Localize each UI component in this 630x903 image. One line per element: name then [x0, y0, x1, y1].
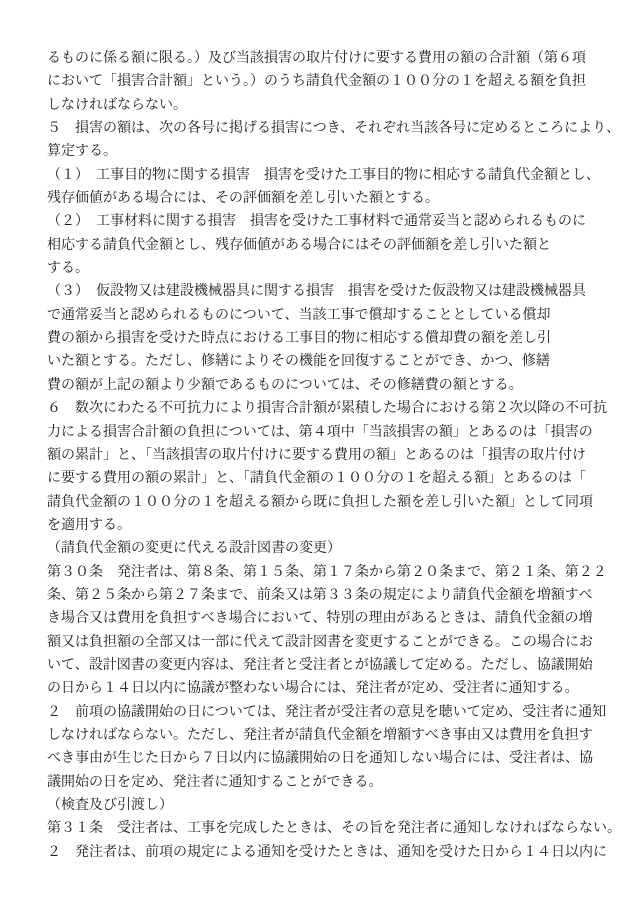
text-line: ２ 発注者は、前項の規定による通知を受けたときは、通知を受けた日から１４日以内に	[47, 841, 625, 864]
text-line: 費の額が上記の額より少額であるものについては、その修繕費の額とする。	[47, 374, 625, 397]
text-line: を適用する。	[47, 514, 625, 537]
text-line: する。	[47, 257, 625, 280]
text-line: き場合又は費用を負担すべき場合において、特別の理由があるときは、請負代金額の増	[47, 607, 625, 630]
text-line: 請負代金額の１００分の１を超える額から既に負担した額を差し引いた額」として同項	[47, 491, 625, 514]
text-line: いて、設計図書の変更内容は、発注者と受注者とが協議して定める。ただし、協議開始	[47, 654, 625, 677]
text-line: 額の累計」と、「当該損害の取片付けに要する費用の額」とあるのは「損害の取片付け	[47, 444, 625, 467]
text-line: において「損害合計額」という。）のうち請負代金額の１００分の１を超える額を負担	[47, 70, 625, 93]
text-line: ２ 前項の協議開始の日については、発注者が受注者の意見を聴いて定め、受注者に通知	[47, 701, 625, 724]
text-line: ５ 損害の額は、次の各号に掲げる損害につき、それぞれ当該各号に定めるところにより…	[47, 117, 625, 140]
text-line: （検査及び引渡し）	[47, 794, 625, 817]
text-line: 相応する請負代金額とし、残存価値がある場合にはその評価額を差し引いた額と	[47, 234, 625, 257]
document-page: るものに係る額に限る。）及び当該損害の取片付けに要する費用の額の合計額（第６項 …	[0, 0, 630, 903]
text-line: に要する費用の額の累計」と、「請負代金額の１００分の１を超える額」とあるのは「	[47, 467, 625, 490]
contract-text-block: るものに係る額に限る。）及び当該損害の取片付けに要する費用の額の合計額（第６項 …	[47, 47, 625, 864]
text-line: （３） 仮設物又は建設機械器具に関する損害 損害を受けた仮設物又は建設機械器具	[47, 280, 625, 303]
text-line: しなければならない。	[47, 94, 625, 117]
text-line: 費の額から損害を受けた時点における工事目的物に相応する償却費の額を差し引	[47, 327, 625, 350]
text-line: （２） 工事材料に関する損害 損害を受けた工事材料で通常妥当と認められるものに	[47, 210, 625, 233]
text-line: ６ 数次にわたる不可抗力により損害合計額が累積した場合における第２次以降の不可抗	[47, 397, 625, 420]
text-line: 額又は負担額の全部又は一部に代えて設計図書を変更することができる。この場合にお	[47, 631, 625, 654]
text-line: るものに係る額に限る。）及び当該損害の取片付けに要する費用の額の合計額（第６項	[47, 47, 625, 70]
text-line: 力による損害合計額の負担については、第４項中「当該損害の額」とあるのは「損害の	[47, 421, 625, 444]
text-line: しなければならない。ただし、発注者が請負代金額を増額すべき事由又は費用を負担す	[47, 724, 625, 747]
text-line: 第３１条 受注者は、工事を完成したときは、その旨を発注者に通知しなければならない…	[47, 817, 625, 840]
text-line: いた額とする。ただし、修繕によりその機能を回復することができ、かつ、修繕	[47, 350, 625, 373]
text-line: の日から１４日以内に協議が整わない場合には、発注者が定め、受注者に通知する。	[47, 677, 625, 700]
text-line: 算定する。	[47, 140, 625, 163]
text-line: （請負代金額の変更に代える設計図書の変更）	[47, 537, 625, 560]
text-line: で通常妥当と認められるものについて、当該工事で償却することとしている償却	[47, 304, 625, 327]
text-line: 第３０条 発注者は、第８条、第１５条、第１７条から第２０条まで、第２１条、第２２	[47, 561, 625, 584]
text-line: べき事由が生じた日から７日以内に協議開始の日を通知しない場合には、受注者は、協	[47, 747, 625, 770]
text-line: 残存価値がある場合には、その評価額を差し引いた額とする。	[47, 187, 625, 210]
text-line: 議開始の日を定め、発注者に通知することができる。	[47, 771, 625, 794]
text-line: 条、第２５条から第２７条まで、前条又は第３３条の規定により請負代金額を増額すべ	[47, 584, 625, 607]
text-line: （１） 工事目的物に関する損害 損害を受けた工事目的物に相応する請負代金額とし、	[47, 164, 625, 187]
